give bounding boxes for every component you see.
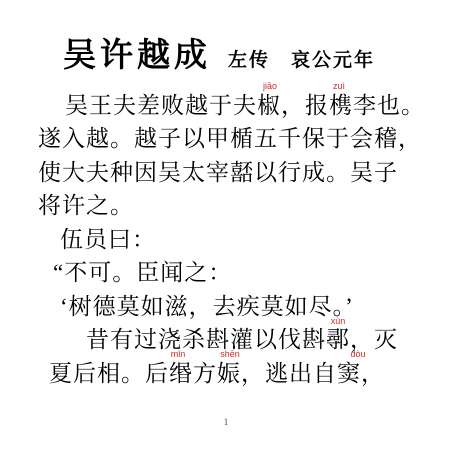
text-line-4: 将许之。 (38, 194, 134, 218)
pinyin-annotation-xun: xùn (331, 317, 346, 326)
text-line-9: 夏后相。后缗方娠，逃出自窦， (49, 362, 385, 386)
text-line-7: ‘树德莫如滋，去疾莫如尽。’ (60, 295, 354, 319)
text-line-6: “不可。臣闻之： (53, 261, 232, 285)
page-number: 1 (218, 417, 234, 427)
text-line-9-text: 夏后相。后缗方娠，逃出自窦， (49, 361, 385, 386)
text-line-1-text: 吴王夫差败越于夫椒，报槜李也。 (65, 93, 425, 118)
text-line-7-text: ‘树德莫如滋，去疾莫如尽。’ (60, 294, 354, 319)
page-title: 吴许越成 (63, 38, 211, 74)
pinyin-annotation-min: mǐn (171, 350, 186, 359)
page-subtitle-text: 左传 哀公元年 (228, 50, 375, 71)
text-line-1: 吴王夫差败越于夫椒，报槜李也。 (65, 94, 425, 118)
pinyin-annotation-jiao: jiāo (263, 82, 277, 91)
text-line-3-text: 使大夫种因吴太宰嚭以行成。吴子 (38, 160, 398, 185)
pinyin-annotation-shen: shēn (220, 350, 240, 359)
text-line-3: 使大夫种因吴太宰嚭以行成。吴子 (38, 161, 398, 185)
text-line-5-text: 伍员曰： (60, 227, 156, 252)
text-line-2: 遂入越。越子以甲楯五千保于会稽， (38, 127, 422, 151)
text-line-4-text: 将许之。 (38, 193, 134, 218)
text-line-2-text: 遂入越。越子以甲楯五千保于会稽， (38, 126, 422, 151)
document-page: 吴许越成 左传 哀公元年 吴王夫差败越于夫椒，报槜李也。 遂入越。越子以甲楯五千… (0, 0, 452, 452)
pinyin-annotation-zui: zuì (333, 82, 345, 91)
text-line-6-text: “不可。臣闻之： (53, 260, 232, 285)
text-line-5: 伍员曰： (60, 228, 156, 252)
page-title-text: 吴许越成 (63, 38, 211, 74)
page-subtitle: 左传 哀公元年 (228, 51, 375, 71)
pinyin-annotation-dou: dòu (350, 350, 365, 359)
